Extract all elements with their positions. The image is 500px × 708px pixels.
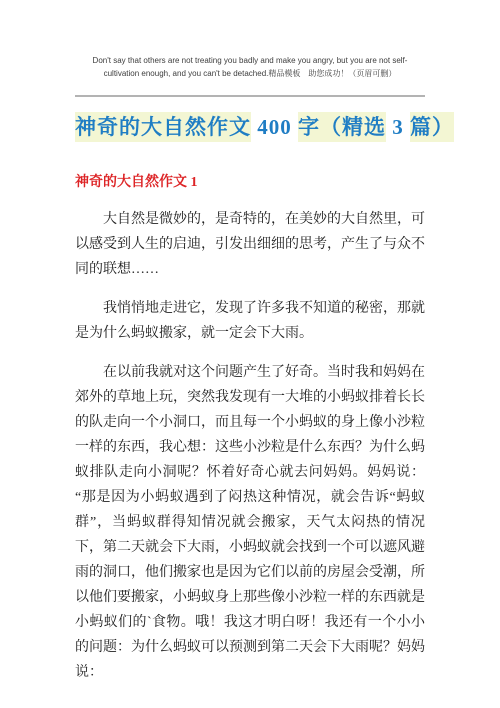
essay-paragraph: 我悄悄地走进它，发现了许多我不知道的秘密，那就是为什么蚂蚁搬家，就一定会下大雨。 [75,296,425,346]
header-divider [75,95,425,97]
title-segment: 400 [251,112,298,142]
page-header-note: Don't say that others are not treating y… [75,54,425,80]
essay-paragraph: 大自然是微妙的，是奇特的，在美妙的大自然里，可以感受到人生的启迪，引发出细细的思… [75,207,425,282]
title-segment: 字（精选 [298,112,386,142]
title-segment: 3 [386,112,410,142]
essay-title: 神奇的大自然作文 400 字（精选 3 篇） [75,111,425,143]
title-segment: 篇） [410,112,454,142]
essay-paragraph: 在以前我就对这个问题产生了好奇。当时我和妈妈在郊外的草地上玩，突然我发现有一大堆… [75,360,425,685]
document-page: Don't say that others are not treating y… [0,0,500,708]
essay-body: 大自然是微妙的，是奇特的，在美妙的大自然里，可以感受到人生的启迪，引发出细细的思… [75,207,425,685]
section-heading: 神奇的大自然作文 1 [75,173,425,193]
title-segment: 神奇的大自然作文 [75,112,251,142]
